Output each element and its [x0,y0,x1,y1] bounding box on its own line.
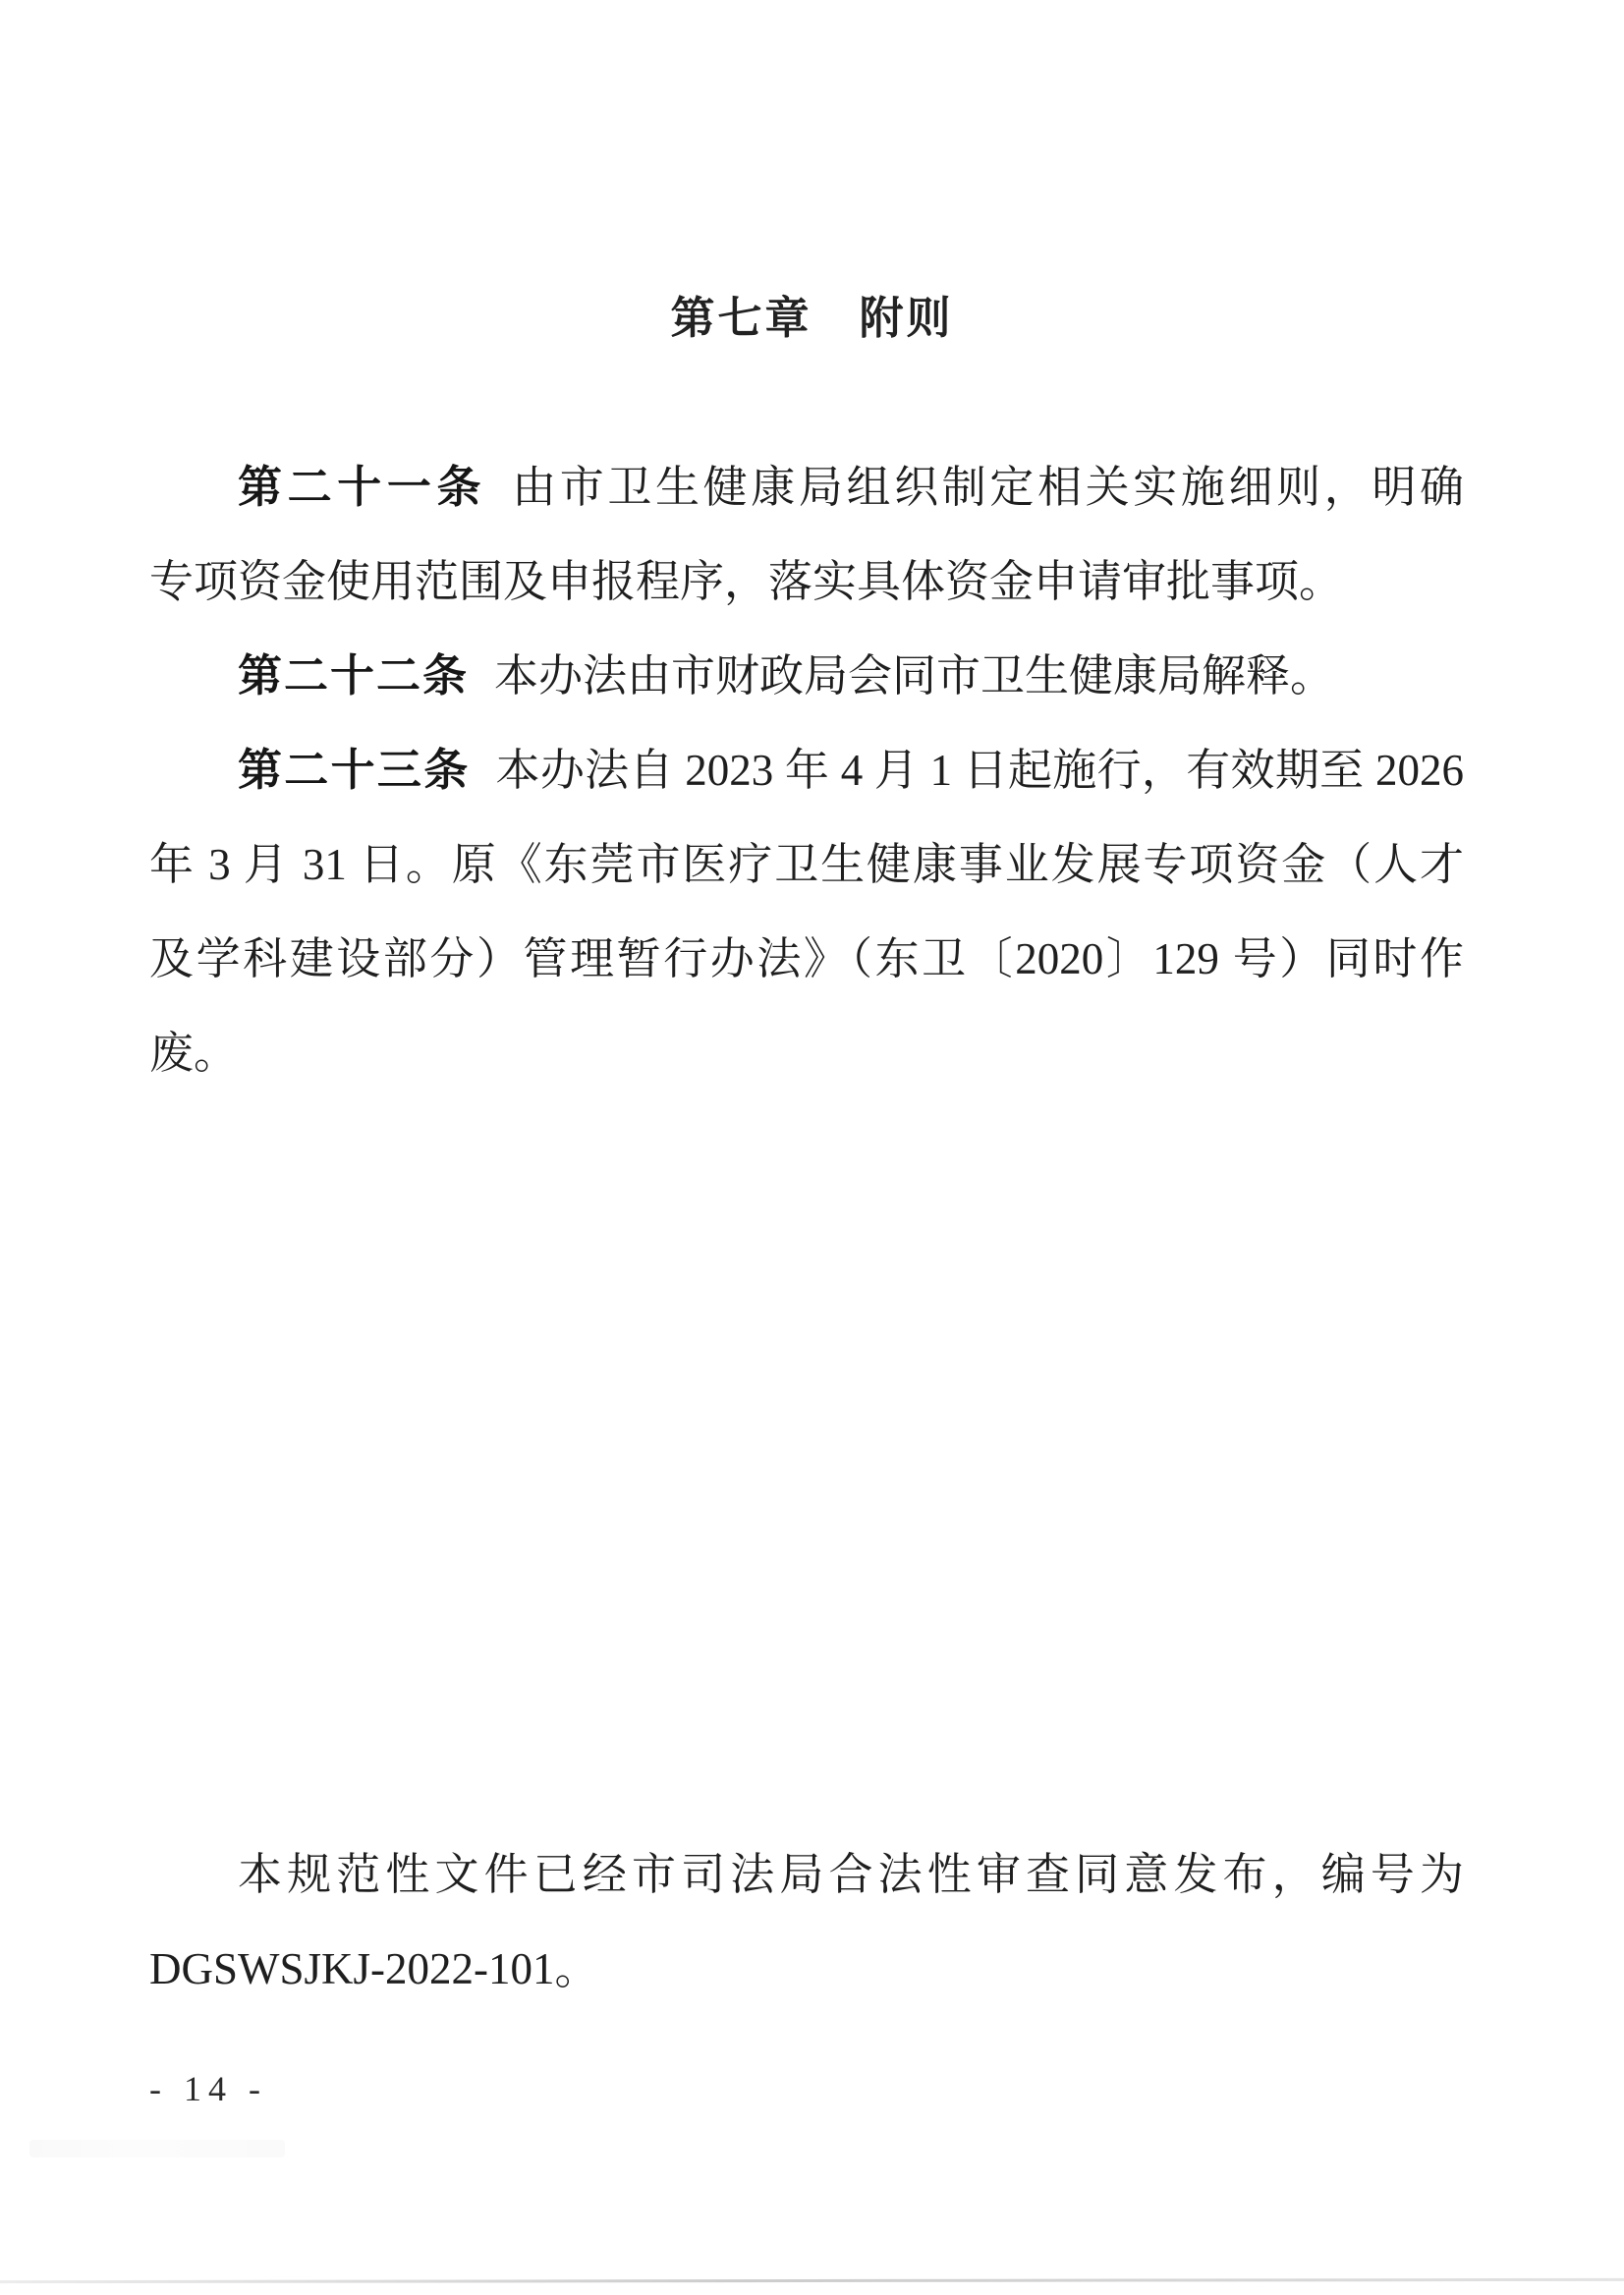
clause-22-text-1: 本办法由市财政局会同市卫生健康局解释。 [494,651,1334,700]
clause-23-line-3: 及学科建设部分）管理暂行办法》（东卫〔2020〕129 号）同时作 [149,912,1464,1006]
legality-note-text-1: 本规范性文件已经市司法局合法性审查同意发布，编号为 [238,1850,1464,1899]
clause-23-line-2: 年 3 月 31 日。原《东莞市医疗卫生健康事业发展专项资金（人才 [149,817,1464,912]
document-number: DGSWSJKJ-2022-101。 [149,1944,599,1993]
clause-21-text-1: 由市卫生健康局组织制定相关实施细则，明确 [512,463,1464,512]
document-page: 第七章 附则 第二十一条由市卫生健康局组织制定相关实施细则，明确 专项资金使用范… [0,0,1624,2295]
page-number: - 14 - [149,2059,267,2118]
clause-21-label: 第二十一条 [238,462,486,512]
clause-23-text-2: 年 3 月 31 日。原《东莞市医疗卫生健康事业发展专项资金（人才 [149,840,1464,889]
document-body: 第二十一条由市卫生健康局组织制定相关实施细则，明确 专项资金使用范围及申报程序，… [149,440,1464,1100]
legality-note: 本规范性文件已经市司法局合法性审查同意发布，编号为 DGSWSJKJ-2022-… [149,1827,1464,2016]
legality-note-line-1: 本规范性文件已经市司法局合法性审查同意发布，编号为 [149,1827,1464,1922]
clause-21-line-2: 专项资金使用范围及申报程序，落实具体资金申请审批事项。 [149,534,1464,629]
clause-23-line-1: 第二十三条本办法自 2023 年 4 月 1 日起施行，有效期至 2026 [149,723,1464,817]
scan-page-edge [0,2278,1624,2283]
clause-21-line-1: 第二十一条由市卫生健康局组织制定相关实施细则，明确 [149,440,1464,534]
clause-22-label: 第二十二条 [238,650,469,700]
clause-23-text-4: 废。 [149,1029,238,1078]
clause-23-text-3: 及学科建设部分）管理暂行办法》（东卫〔2020〕129 号）同时作 [149,934,1464,983]
clause-23-label: 第二十三条 [238,745,471,795]
clause-23-line-4: 废。 [149,1006,1464,1100]
clause-22-line-1: 第二十二条本办法由市财政局会同市卫生健康局解释。 [149,629,1464,723]
legality-note-line-2: DGSWSJKJ-2022-101。 [149,1922,1464,2016]
chapter-title: 第七章 附则 [0,288,1624,349]
scan-artifact [29,2140,285,2157]
clause-23-text-1: 本办法自 2023 年 4 月 1 日起施行，有效期至 2026 [496,746,1464,795]
clause-21-text-2: 专项资金使用范围及申报程序，落实具体资金申请审批事项。 [149,557,1343,606]
